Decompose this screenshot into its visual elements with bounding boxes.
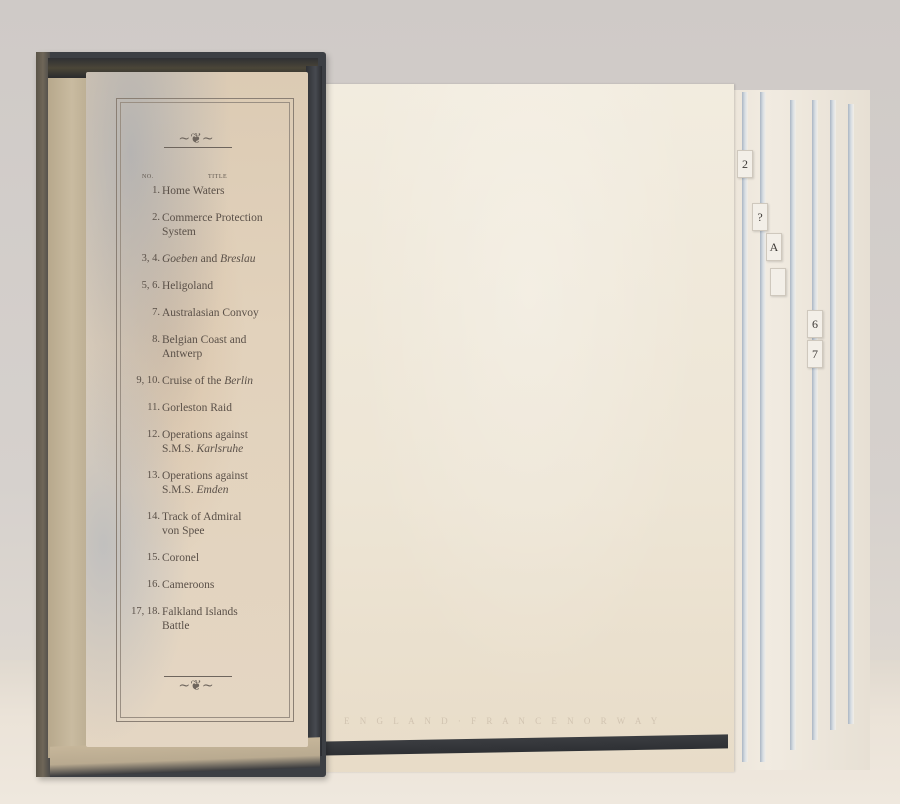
entry-title-ship-goeben: Goeben	[162, 253, 198, 265]
map-page-edge	[848, 104, 854, 724]
entry-number: 12.	[126, 428, 160, 442]
entry-title: Home Waters	[162, 185, 224, 197]
map-tab[interactable]: ?	[752, 203, 768, 231]
entry-title: Heligoland	[162, 280, 213, 292]
entry-title: Falkland Islands	[162, 606, 238, 618]
entry-title-conjunction: and	[198, 253, 220, 265]
index-entry: 8. Belgian Coast andAntwerp	[126, 333, 306, 361]
column-header-no: NO.	[142, 174, 154, 180]
entry-title: Cruise of the	[162, 375, 224, 387]
entry-number: 16.	[126, 578, 160, 592]
entry-title: Commerce Protection	[162, 212, 263, 224]
entry-number: 13.	[126, 469, 160, 483]
entry-title-ship-berlin: Berlin	[224, 375, 253, 387]
column-headers: NO. TITLE	[138, 174, 288, 184]
entry-title-ship-emden: Emden	[197, 484, 229, 496]
entry-number: 5, 6.	[126, 279, 160, 293]
map-tab[interactable]: 2	[737, 150, 753, 178]
column-header-title: TITLE	[208, 174, 227, 180]
map-page-edge	[742, 92, 748, 762]
entry-title: Cameroons	[162, 579, 214, 591]
map-page-edge	[790, 100, 796, 750]
entry-title-line2: von Spee	[162, 524, 306, 538]
front-map-page: E N G L A N D · F R A N C E N O R W A Y	[322, 84, 734, 772]
entry-title-line2-prefix: S.M.S.	[162, 443, 197, 455]
entry-number: 9, 10.	[126, 374, 160, 388]
entry-number: 3, 4.	[126, 252, 160, 266]
entry-number: 17, 18.	[126, 605, 160, 619]
case-right-rim	[306, 66, 322, 756]
entry-number: 7.	[126, 306, 160, 320]
index-entry: 17, 18. Falkland IslandsBattle	[126, 605, 306, 633]
entry-title: Coronel	[162, 552, 199, 564]
index-entry: 16. Cameroons	[126, 578, 306, 592]
bottom-ornament-rule	[164, 676, 232, 677]
entry-title-line2: Battle	[162, 619, 306, 633]
entry-title: Operations against	[162, 429, 248, 441]
map-page-edge	[830, 100, 836, 730]
entry-title: Operations against	[162, 470, 248, 482]
map-tab[interactable]: A	[766, 233, 782, 261]
map-page-edge	[812, 100, 818, 740]
entry-title-ship-breslau: Breslau	[220, 253, 255, 265]
bottom-ornament-icon: ~❦~	[166, 679, 226, 693]
map-page-edge	[760, 92, 766, 762]
entry-number: 1.	[126, 184, 160, 198]
index-entry: 14. Track of Admiralvon Spee	[126, 510, 306, 538]
index-entry: 2. Commerce ProtectionSystem	[126, 211, 306, 239]
entry-title: Belgian Coast and	[162, 334, 246, 346]
entry-title-line2: Antwerp	[162, 347, 306, 361]
index-entry: 5, 6. Heligoland	[126, 279, 306, 293]
map-index-list: 1. Home Waters 2. Commerce ProtectionSys…	[126, 184, 306, 646]
index-entry: 13. Operations againstS.M.S. Emden	[126, 469, 306, 497]
entry-title: Track of Admiral	[162, 511, 241, 523]
map-tab[interactable]	[770, 268, 786, 296]
entry-title-line2: System	[162, 225, 306, 239]
index-entry: 11. Gorleston Raid	[126, 401, 306, 415]
index-entry: 15. Coronel	[126, 551, 306, 565]
top-ornament-rule	[164, 147, 232, 148]
entry-title: Gorleston Raid	[162, 402, 232, 414]
map-tab[interactable]: 7	[807, 340, 823, 368]
index-entry: 9, 10. Cruise of the Berlin	[126, 374, 306, 388]
index-entry: 12. Operations againstS.M.S. Karlsruhe	[126, 428, 306, 456]
index-label-card: ~❦~ NO. TITLE 1. Home Waters 2. Commerce…	[86, 72, 308, 747]
index-entry: 7. Australasian Convoy	[126, 306, 306, 320]
faint-map-lettering: E N G L A N D · F R A N C E N O R W A Y	[344, 716, 724, 726]
entry-title-ship-karlsruhe: Karlsruhe	[197, 443, 244, 455]
map-tab[interactable]: 6	[807, 310, 823, 338]
entry-number: 2.	[126, 211, 160, 225]
top-ornament-icon: ~❦~	[166, 132, 226, 146]
entry-number: 14.	[126, 510, 160, 524]
entry-title-line2-prefix: S.M.S.	[162, 484, 197, 496]
index-entry: 1. Home Waters	[126, 184, 306, 198]
entry-number: 8.	[126, 333, 160, 347]
case-inner-wall	[48, 68, 88, 758]
entry-number: 15.	[126, 551, 160, 565]
entry-title: Australasian Convoy	[162, 307, 259, 319]
entry-number: 11.	[126, 401, 160, 415]
index-entry: 3, 4. Goeben and Breslau	[126, 252, 306, 266]
